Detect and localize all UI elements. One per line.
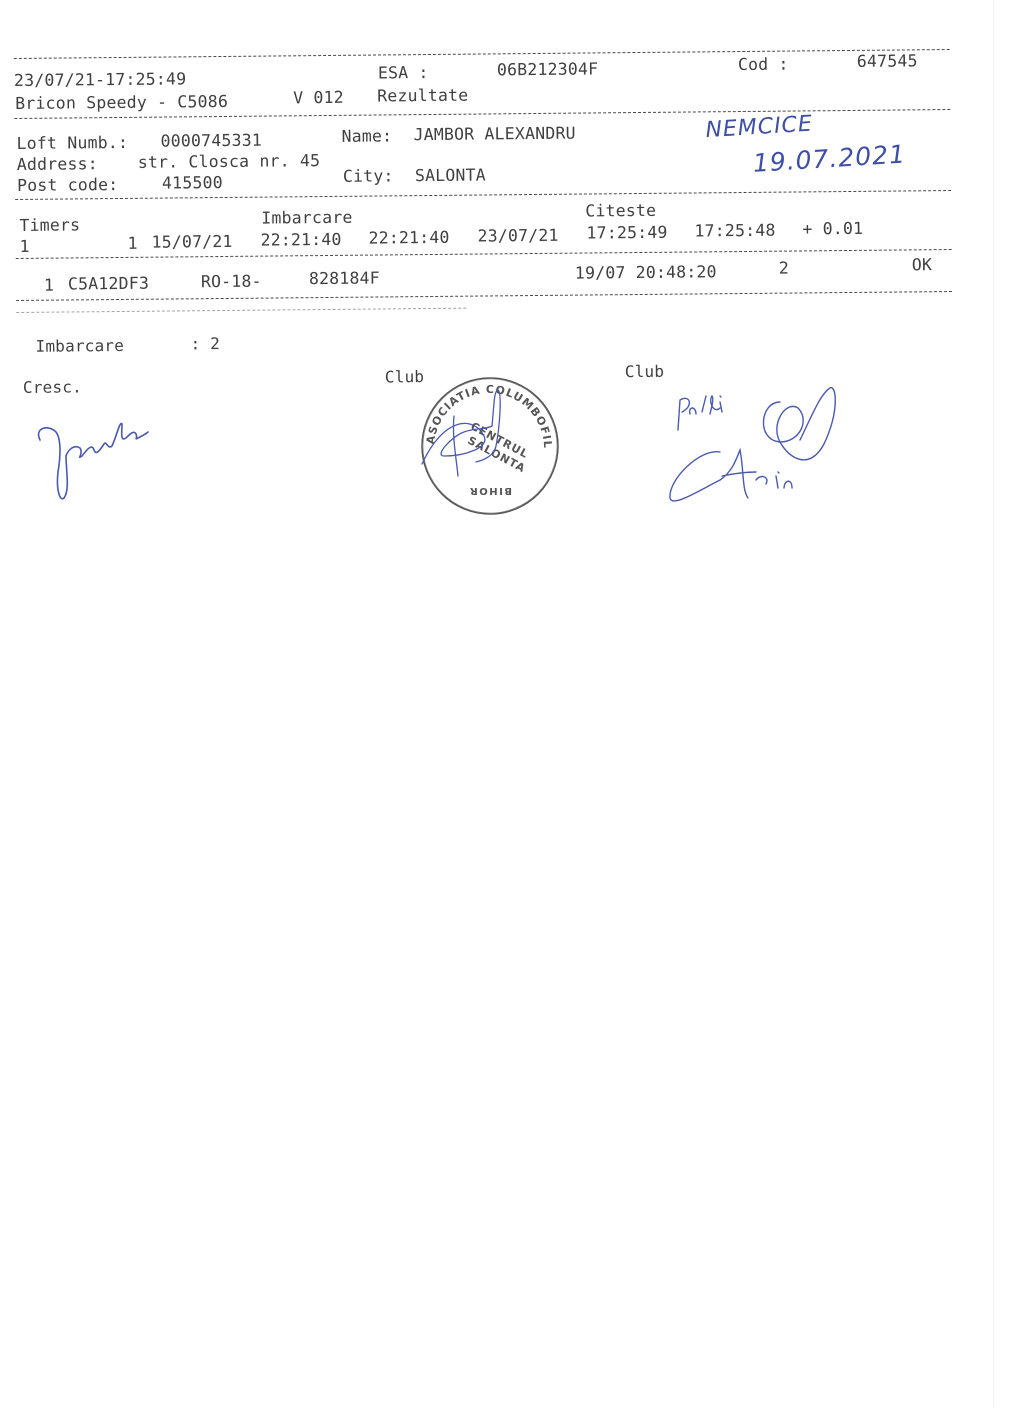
read-time-1: 17:25:49 bbox=[586, 224, 667, 243]
result-ring-prefix: RO-18- bbox=[201, 273, 262, 292]
timers-citeste-label: Citeste bbox=[585, 202, 656, 221]
divider-fancier bbox=[15, 190, 951, 200]
read-time-2: 17:25:48 bbox=[694, 222, 775, 241]
address-value: str. Closca nr. 45 bbox=[138, 152, 321, 172]
result-count: 2 bbox=[779, 260, 789, 278]
timers-label: Timers bbox=[19, 216, 80, 235]
postcode-label: Post code: bbox=[17, 176, 119, 195]
basket-time-2: 22:21:40 bbox=[368, 229, 449, 248]
divider-top bbox=[14, 49, 950, 59]
divider-results bbox=[16, 291, 952, 301]
read-date: 23/07/21 bbox=[477, 227, 558, 246]
city-value: SALONTA bbox=[415, 166, 486, 185]
breeder-signature bbox=[30, 410, 160, 510]
divider-results-bottom bbox=[16, 308, 466, 313]
timer-index: 1 bbox=[127, 235, 137, 253]
header-timestamp: 23/07/21-17:25:49 bbox=[14, 70, 186, 90]
club-stamp: ASOCIATIA COLUMBOFILA „VOIAJORUL" BIHOR … bbox=[414, 376, 564, 516]
header-esa-value: 06B212304F bbox=[497, 60, 599, 79]
address-label: Address: bbox=[17, 155, 98, 174]
result-status: OK bbox=[912, 256, 932, 274]
svg-text:BIHOR: BIHOR bbox=[469, 485, 512, 496]
result-chip: C5A12DF3 bbox=[68, 275, 149, 294]
basket-date: 15/07/21 bbox=[151, 233, 232, 252]
stamp-bottom-text: BIHOR bbox=[469, 485, 512, 496]
result-position: 1 bbox=[44, 277, 54, 295]
header-device: Bricon Speedy - C5086 bbox=[15, 93, 228, 113]
scanned-page: 23/07/21-17:25:49 ESA : 06B212304F Cod :… bbox=[0, 0, 1024, 1408]
header-version: V 012 bbox=[293, 89, 344, 107]
clock-deviation: + 0.01 bbox=[802, 220, 863, 239]
result-ring-number: 828184F bbox=[309, 269, 380, 288]
handwritten-race-date: 19.07.2021 bbox=[752, 139, 907, 177]
basket-time-1: 22:21:40 bbox=[260, 231, 341, 250]
postcode-value: 415500 bbox=[162, 174, 223, 193]
header-report-type: Rezultate bbox=[377, 87, 468, 106]
summary-imbarcare-value: : 2 bbox=[190, 335, 220, 353]
loft-number-label: Loft Numb.: bbox=[17, 134, 129, 153]
name-value: JAMBOR ALEXANDRU bbox=[413, 125, 575, 145]
loft-number-value: 0000745331 bbox=[161, 132, 263, 151]
header-cod-value: 647545 bbox=[857, 52, 918, 71]
club-signature bbox=[660, 380, 850, 510]
header-cod-label: Cod : bbox=[738, 56, 789, 74]
club-label-2: Club bbox=[625, 363, 665, 381]
name-label: Name: bbox=[341, 127, 392, 145]
result-arrival: 19/07 20:48:20 bbox=[575, 263, 717, 282]
timers-imbarcare-label: Imbarcare bbox=[261, 209, 352, 228]
header-esa-label: ESA : bbox=[378, 64, 429, 82]
city-label: City: bbox=[343, 167, 394, 185]
timer-number: 1 bbox=[20, 238, 30, 256]
summary-imbarcare-label: Imbarcare bbox=[35, 337, 124, 356]
breeder-signature-label: Cresc. bbox=[23, 378, 82, 397]
handwritten-race-location: NEMCICE bbox=[705, 112, 814, 144]
